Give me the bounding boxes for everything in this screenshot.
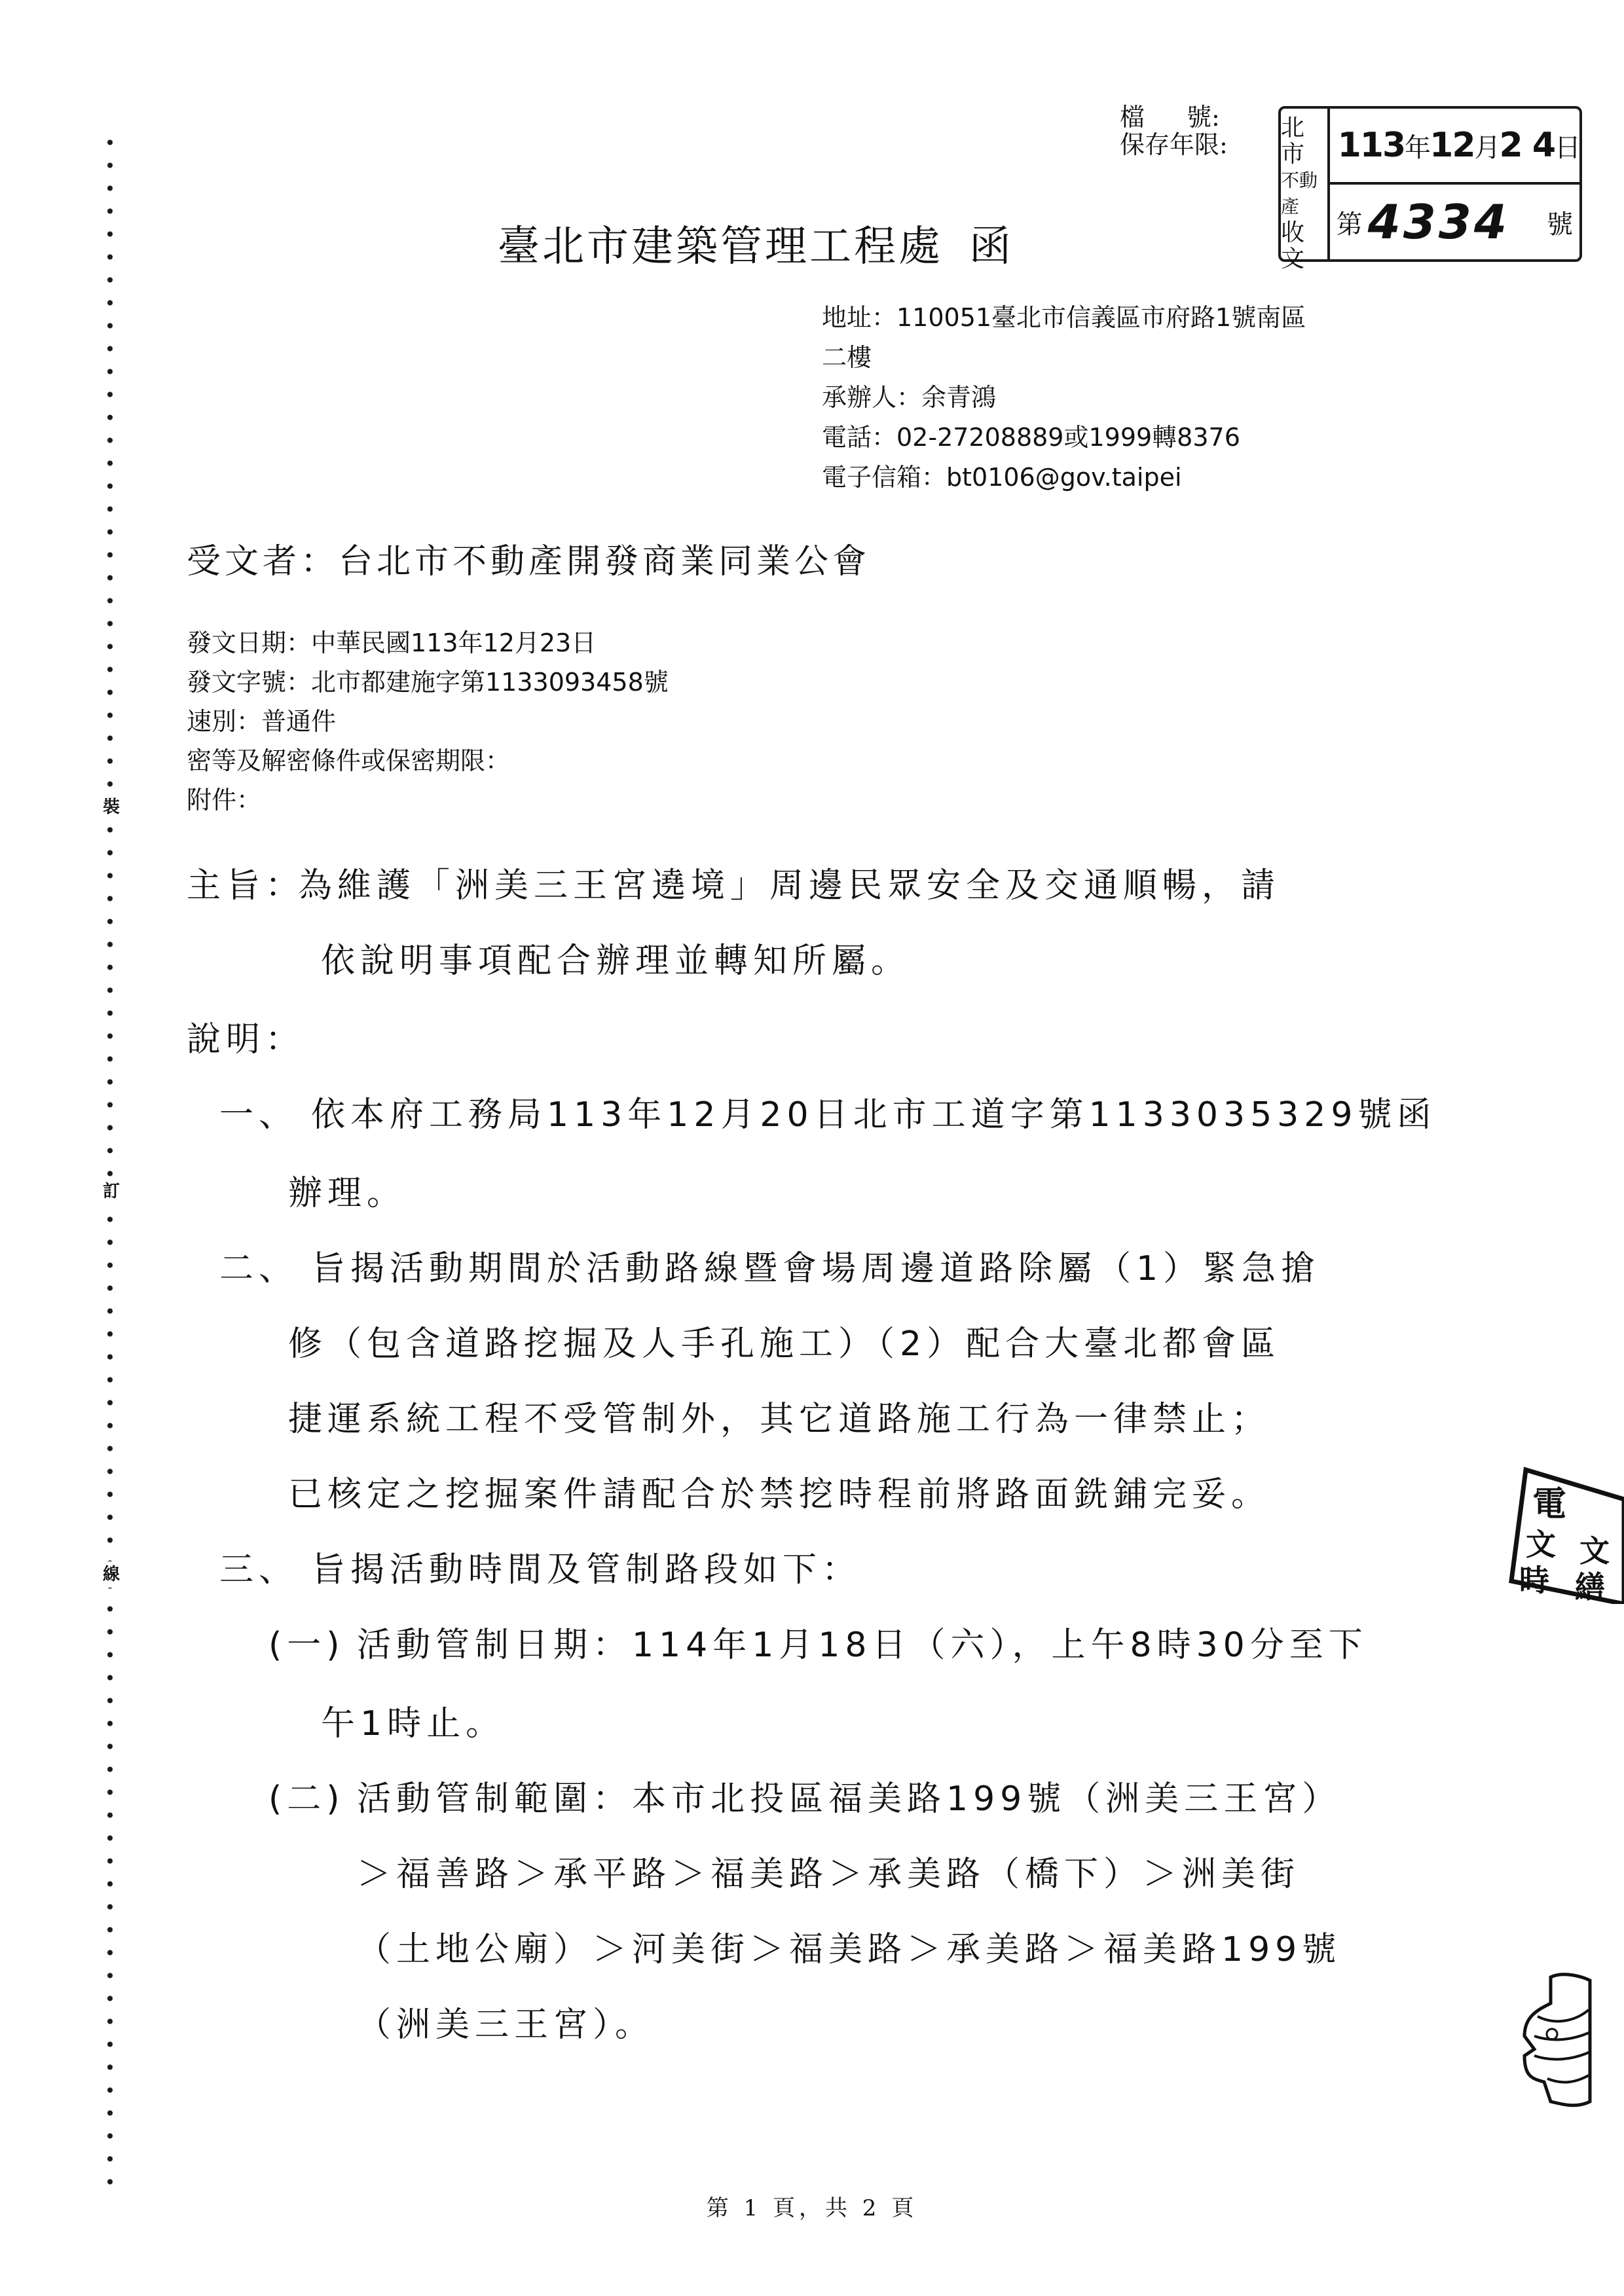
subject-line-2: 依說明事項配合辦理並轉知所屬。 bbox=[321, 933, 910, 982]
item-1-line-1: 依本府工務局113年12月20日北市工道字第1133035329號函 bbox=[311, 1087, 1436, 1136]
document-type: 函 bbox=[969, 223, 1014, 271]
document-number: 發文字號：北市都建施字第1133093458號 bbox=[187, 663, 669, 702]
recipient: 受文者：台北市不動產開發商業同業公會 bbox=[187, 534, 870, 583]
item-2-line-3: 捷運系統工程不受管制外，其它道路施工行為一律禁止； bbox=[288, 1391, 1270, 1440]
phone-number: 電話：02-27208889或1999轉8376 bbox=[822, 418, 1306, 458]
subitem-1-marker: (一) bbox=[268, 1617, 345, 1666]
receipt-stamp: 北市 不動產 收文 113年12月2 4日 第 4334 號 bbox=[1278, 106, 1582, 262]
svg-text:電: 電 bbox=[1532, 1485, 1566, 1524]
address-line-2: 二樓 bbox=[822, 338, 1306, 378]
binding-label-ding: 訂 bbox=[98, 1178, 124, 1205]
handwritten-receipt-number: 4334 bbox=[1368, 194, 1547, 249]
item-2-line-4: 已核定之挖掘案件請配合於禁挖時程前將路面銑鋪完妥。 bbox=[288, 1467, 1270, 1516]
subitem-1-line-2: 午1時止。 bbox=[321, 1696, 505, 1745]
document-title: 臺北市建築管理工程處函 bbox=[498, 213, 1014, 273]
item-3-marker: 三、 bbox=[219, 1542, 298, 1591]
contact-block: 地址：110051臺北市信義區市府路1號南區 二樓 承辦人：余青鴻 電話：02-… bbox=[822, 298, 1306, 498]
subitem-2-line-1: 活動管制範圍：本市北投區福美路199號（洲美三王宮） bbox=[357, 1771, 1341, 1820]
subject-label: 主旨： bbox=[187, 858, 304, 907]
subitem-2-line-3: （土地公廟）＞河美街＞福美路＞承美路＞福美路199號 bbox=[357, 1922, 1341, 1971]
binding-margin-dotted-line bbox=[105, 131, 115, 2193]
svg-text:文: 文 bbox=[1579, 1533, 1610, 1569]
attachments: 附件： bbox=[187, 780, 669, 820]
retention-period-label: 保存年限: bbox=[1120, 131, 1228, 158]
svg-text:文: 文 bbox=[1526, 1527, 1556, 1562]
subitem-2-line-4: （洲美三王宮）。 bbox=[357, 1997, 654, 2046]
subitem-2-line-2: ＞福善路＞承平路＞福美路＞承美路（橋下）＞洲美街 bbox=[357, 1846, 1300, 1895]
subitem-1-line-1: 活動管制日期：114年1月18日（六），上午8時30分至下 bbox=[357, 1617, 1368, 1666]
document-meta: 發文日期：中華民國113年12月23日 發文字號：北市都建施字第11330934… bbox=[187, 623, 669, 820]
classification: 密等及解密條件或保密期限： bbox=[187, 741, 669, 780]
binding-label-xian: 線 bbox=[98, 1561, 124, 1588]
issuing-agency: 臺北市建築管理工程處 bbox=[498, 223, 943, 271]
file-number-label: 檔 號 : bbox=[1120, 103, 1228, 131]
address-line-1: 地址：110051臺北市信義區市府路1號南區 bbox=[822, 298, 1306, 338]
item-1-marker: 一、 bbox=[219, 1087, 298, 1136]
priority: 速別：普通件 bbox=[187, 702, 669, 741]
svg-text:繕: 繕 bbox=[1575, 1569, 1605, 1604]
item-1-line-2: 辦理。 bbox=[288, 1165, 406, 1214]
email-address: 電子信箱：bt0106@gov.taipei bbox=[822, 458, 1306, 498]
explanation-label: 說明： bbox=[187, 1011, 304, 1061]
electronic-document-seal-partial: 電 文 時 文 繕 bbox=[1506, 1463, 1624, 1604]
svg-text:時: 時 bbox=[1519, 1563, 1549, 1598]
stamp-received-date: 113年12月2 4日 bbox=[1330, 109, 1579, 185]
item-2-line-2: 修（包含道路挖掘及人手孔施工）（2）配合大臺北都會區 bbox=[288, 1316, 1280, 1365]
stamp-receipt-number: 第 4334 號 bbox=[1330, 185, 1579, 259]
subitem-2-marker: (二) bbox=[268, 1771, 345, 1820]
issue-date: 發文日期：中華民國113年12月23日 bbox=[187, 623, 669, 663]
stamp-org-labels: 北市 不動產 收文 bbox=[1281, 109, 1330, 259]
item-2-marker: 二、 bbox=[219, 1241, 298, 1290]
item-2-line-1: 旨揭活動期間於活動路線暨會場周邊道路除屬（1）緊急搶 bbox=[311, 1241, 1320, 1290]
binding-label-zhuang: 裝 bbox=[98, 794, 124, 820]
handler-name: 承辦人：余青鴻 bbox=[822, 378, 1306, 418]
seal-partial-ornament-icon bbox=[1511, 1971, 1624, 2108]
item-3-line-1: 旨揭活動時間及管制路段如下： bbox=[311, 1542, 861, 1591]
page-indicator: 第 1 頁，共 2 頁 bbox=[0, 2190, 1624, 2222]
file-meta-block: 檔 號 : 保存年限: bbox=[1120, 103, 1228, 158]
subject-line-1: 為維護「洲美三王宮遶境」周邊民眾安全及交通順暢，請 bbox=[298, 858, 1280, 907]
